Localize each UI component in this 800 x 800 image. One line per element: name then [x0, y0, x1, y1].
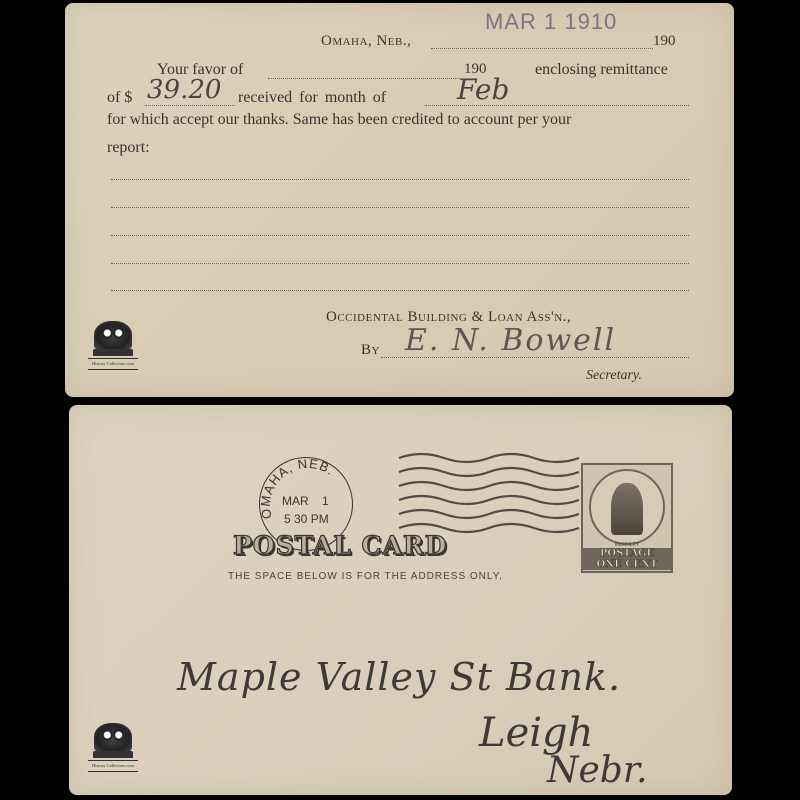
watermark-text: History Collectors.com	[86, 763, 140, 769]
by-label: By	[361, 342, 380, 359]
stamp-denomination: ONE CENT	[583, 559, 671, 570]
postmark-day: 1	[322, 494, 329, 508]
received-date-stamp: MAR 1 1910	[485, 9, 617, 35]
watermark-logo: History Collectors.com	[86, 321, 140, 372]
owl-on-book-icon	[94, 723, 132, 753]
report-line-3	[111, 235, 689, 236]
address-line-1: Maple Valley St Bank.	[177, 655, 621, 699]
book-icon	[93, 349, 133, 356]
owl-on-book-icon	[94, 321, 132, 351]
city-label: Omaha, Neb.,	[321, 33, 411, 50]
signature: E. N. Bowell	[405, 323, 616, 358]
year-prefix: 190	[653, 33, 676, 50]
postcard-back: OMAHA, NEB. MAR 1 5 30 PM POSTAL CARD TH…	[69, 405, 732, 795]
report-line-2	[111, 207, 689, 208]
date-line	[431, 48, 653, 49]
postcard-front: MAR 1 1910 Omaha, Neb., 190 Your favor o…	[65, 3, 734, 397]
thanks-text: for which accept our thanks. Same has be…	[107, 111, 571, 129]
postmark-time: 5 30 PM	[284, 512, 329, 526]
watermark-logo: History Collectors.com	[86, 723, 140, 774]
enclosing-label: enclosing remittance	[535, 61, 668, 79]
book-icon	[93, 751, 133, 758]
amount-label: of $	[107, 89, 132, 107]
title-label: Secretary.	[586, 368, 642, 384]
report-label: report:	[107, 139, 150, 157]
one-cent-stamp: McKINLEY POSTAGE ONE CENT	[581, 463, 673, 573]
svg-text:OMAHA, NEB.: OMAHA, NEB.	[260, 458, 338, 520]
mckinley-portrait-icon	[611, 483, 643, 535]
postmark-month: MAR	[282, 494, 309, 508]
favor-date-line	[268, 78, 460, 79]
amount-line	[145, 105, 235, 106]
month-handwritten: Feb	[457, 73, 509, 106]
month-label: received for month of	[238, 89, 386, 107]
postal-card-heading: POSTAL CARD	[233, 531, 447, 560]
address-line-3: Nebr.	[547, 750, 648, 791]
stamp-postage: POSTAGE	[583, 548, 671, 559]
report-line-4	[111, 263, 689, 264]
report-line-1	[111, 179, 689, 180]
stamp-medallion	[589, 469, 665, 545]
address-instruction: THE SPACE BELOW IS FOR THE ADDRESS ONLY.	[228, 571, 503, 582]
report-line-5	[111, 290, 689, 291]
amount-handwritten: 39.20	[147, 75, 221, 105]
postmark-date: MAR 1	[282, 494, 329, 508]
watermark-text: History Collectors.com	[86, 361, 140, 367]
